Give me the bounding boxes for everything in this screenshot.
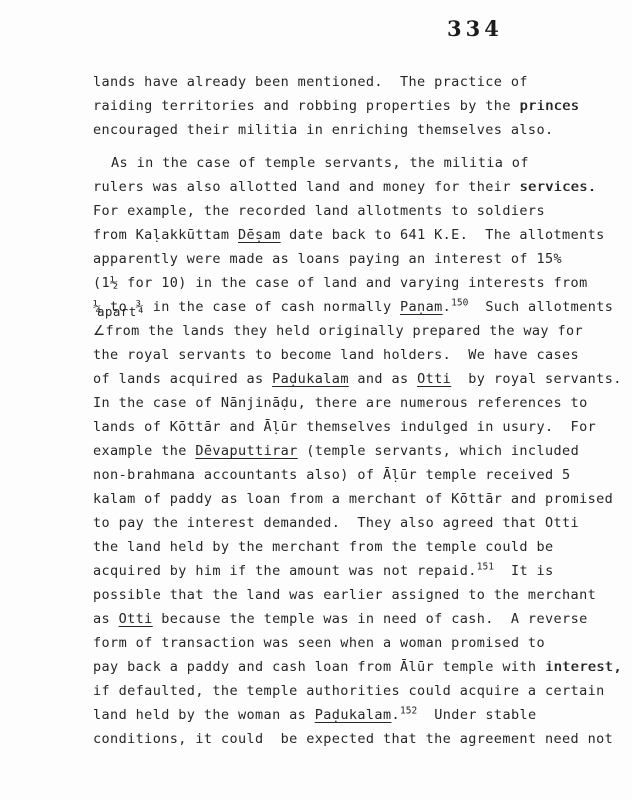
underlined-term: Otti — [119, 611, 153, 627]
text-line: As in the case of temple servants, the m… — [93, 151, 603, 175]
insertion-caret-icon: ∠ — [93, 323, 106, 339]
text-segment: interest, — [545, 659, 622, 675]
paragraph: As in the case of temple servants, the m… — [93, 151, 603, 751]
text-segment: encouraged their militia in enriching th… — [93, 122, 554, 138]
underlined-term: Dēṣam — [238, 227, 281, 243]
text-segment: date back to 641 K.E. The allotments — [281, 227, 605, 243]
text-segment: form of transaction was seen when a woma… — [93, 635, 545, 651]
text-segment: land held by the woman as — [93, 707, 315, 723]
text-segment: . — [391, 707, 400, 723]
text-segment: possible that the land was earlier assig… — [93, 587, 596, 603]
text-segment: It is — [494, 563, 554, 579]
text-line: if defaulted, the temple authorities cou… — [93, 679, 603, 703]
text-segment: conditions, it could be expected that th… — [93, 731, 613, 747]
underlined-term: Paḍukalam — [315, 707, 392, 723]
text-segment: the land held by the merchant from the t… — [93, 539, 554, 555]
text-segment: For example, the recorded land allotment… — [93, 203, 545, 219]
paragraph: lands have already been mentioned. The p… — [93, 70, 603, 142]
text-segment: raiding territories and robbing properti… — [93, 98, 519, 114]
text-segment: if defaulted, the temple authorities cou… — [93, 683, 605, 699]
text-line: For example, the recorded land allotment… — [93, 199, 603, 223]
text-segment: . — [443, 299, 452, 315]
text-line: apparently were made as loans paying an … — [93, 247, 603, 271]
text-segment: Under stable — [417, 707, 536, 723]
text-line: acquired by him if the amount was not re… — [93, 559, 603, 583]
text-segment: because the temple was in need of cash. … — [153, 611, 588, 627]
text-segment: acquired by him if the amount was not re… — [93, 563, 477, 579]
underlined-term: Paḍukalam — [272, 371, 349, 387]
underlined-term: Otti — [417, 371, 451, 387]
text-segment: As in the case of temple servants, the m… — [111, 155, 529, 171]
underlined-term: Paṇam — [400, 299, 443, 315]
text-line: as Otti because the temple was in need o… — [93, 607, 603, 631]
underlined-term: Dēvaputtirar — [195, 443, 297, 459]
text-segment: ¼ to ¾ in the case of cash normally — [93, 299, 400, 315]
text-line: lands of Kōttār and Āḷūr themselves indu… — [93, 415, 603, 439]
text-segment: (temple servants, which included — [298, 443, 579, 459]
text-line: encouraged their militia in enriching th… — [93, 118, 603, 142]
text-line: conditions, it could be expected that th… — [93, 727, 603, 751]
text-line: from Kaḷakkūttam Dēṣam date back to 641 … — [93, 223, 603, 247]
inserted-word: apart — [97, 306, 137, 318]
text-line: of lands acquired as Paḍukalam and as Ot… — [93, 367, 603, 391]
text-segment: by royal servants. — [451, 371, 622, 387]
text-line: land held by the woman as Paḍukalam.152 … — [93, 703, 603, 727]
text-segment: example the — [93, 443, 195, 459]
text-segment: Such allotments — [468, 299, 613, 315]
text-segment: the royal servants to become land holder… — [93, 347, 579, 363]
text-line: pay back a paddy and cash loan from Ālūr… — [93, 655, 603, 679]
footnote-ref: 151 — [477, 562, 494, 573]
text-line: the royal servants to become land holder… — [93, 343, 603, 367]
footnote-ref: 150 — [451, 298, 468, 309]
text-line: kalam of paddy as loan from a merchant o… — [93, 487, 603, 511]
text-segment: apparently were made as loans paying an … — [93, 251, 562, 267]
text-segment: to pay the interest demanded. They also … — [93, 515, 579, 531]
text-line: non-brahmana accountants also) of Āḷūr t… — [93, 463, 603, 487]
text-segment: as — [93, 611, 119, 627]
text-segment: kalam of paddy as loan from a merchant o… — [93, 491, 613, 507]
text-segment: lands of Kōttār and Āḷūr themselves indu… — [93, 419, 596, 435]
text-segment: and as — [349, 371, 417, 387]
text-block: lands have already been mentioned. The p… — [93, 70, 603, 751]
text-line: the land held by the merchant from the t… — [93, 535, 603, 559]
text-segment: from the lands they held originally prep… — [106, 323, 584, 339]
text-line: to pay the interest demanded. They also … — [93, 511, 603, 535]
text-line: ¼ to ¾ in the case of cash normally Paṇa… — [93, 295, 603, 319]
text-line: example the Dēvaputtirar (temple servant… — [93, 439, 603, 463]
text-line: raiding territories and robbing properti… — [93, 94, 603, 118]
text-line: In the case of Nānjināḍu, there are nume… — [93, 391, 603, 415]
text-segment: princes — [519, 98, 579, 114]
page-number: 334 — [447, 16, 503, 41]
text-line: rulers was also allotted land and money … — [93, 175, 603, 199]
text-segment: from Kaḷakkūttam — [93, 227, 238, 243]
text-segment: services. — [519, 179, 596, 195]
scanned-document-page: 334 lands have already been mentioned. T… — [0, 0, 632, 800]
text-segment: (1½ for 10) in the case of land and vary… — [93, 275, 588, 291]
text-segment: rulers was also allotted land and money … — [93, 179, 519, 195]
text-segment: non-brahmana accountants also) of Āḷūr t… — [93, 467, 571, 483]
text-line: possible that the land was earlier assig… — [93, 583, 603, 607]
text-line: (1½ for 10) in the case of land and vary… — [93, 271, 603, 295]
text-line: form of transaction was seen when a woma… — [93, 631, 603, 655]
footnote-ref: 152 — [400, 706, 417, 717]
text-segment: of lands acquired as — [93, 371, 272, 387]
text-segment: lands have already been mentioned. The p… — [93, 74, 528, 90]
text-line: apart∠from the lands they held originall… — [93, 319, 603, 343]
text-segment: In the case of Nānjināḍu, there are nume… — [93, 395, 588, 411]
text-segment: pay back a paddy and cash loan from Ālūr… — [93, 659, 545, 675]
text-line: lands have already been mentioned. The p… — [93, 70, 603, 94]
